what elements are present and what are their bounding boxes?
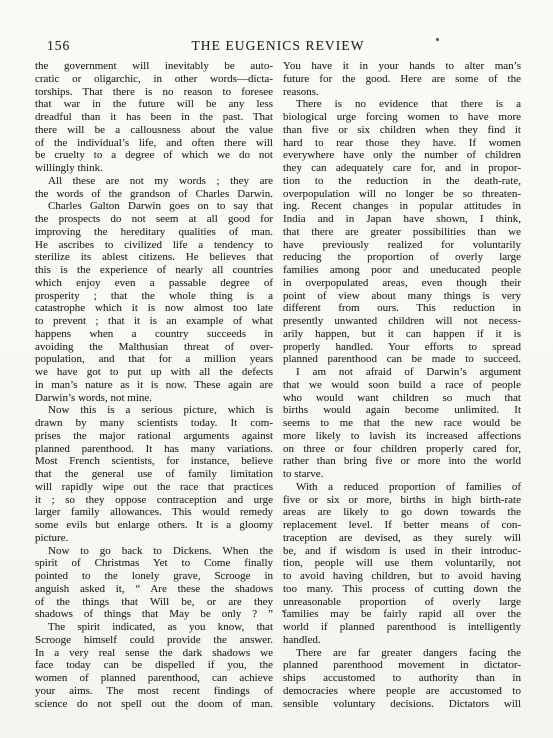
text-line: Now to go back to Dickens. When the — [35, 545, 273, 558]
paragraph: the government will inevitably be auto-c… — [35, 60, 273, 175]
text-line: improving the hereditary qualities of ma… — [35, 226, 273, 239]
text-line: Most French scientists, for instance, be… — [35, 455, 273, 468]
text-line: in overpopulated areas, even though thei… — [283, 277, 521, 290]
text-line: reasons. — [283, 86, 521, 99]
text-line: births would again become unlimited. It — [283, 404, 521, 417]
text-line: who would want children so much that — [283, 392, 521, 405]
text-line: He ascribes to civilized life a tendency… — [35, 239, 273, 252]
text-line: catastrophe which it is now almost too l… — [35, 302, 273, 315]
text-line: that the general use of family limitatio… — [35, 468, 273, 481]
text-line: The spirit indicated, as you know, that — [35, 621, 273, 634]
text-line: handled. — [283, 634, 521, 647]
text-line: spirit of Christmas Yet to Come finally — [35, 557, 273, 570]
paragraph: There are far greater dangers facing the… — [283, 647, 521, 711]
text-line: we have got to put up with all the defec… — [35, 366, 273, 379]
text-line: cratic or oligarchic, in other words—dic… — [35, 73, 273, 86]
text-line: world if planned parenthood is intellige… — [283, 621, 521, 634]
text-line: hard to rear those they have. If women — [283, 137, 521, 150]
text-line: biological urge forcing women to have mo… — [283, 111, 521, 124]
text-line: in man’s nature as it is now. These agai… — [35, 379, 273, 392]
text-line: families may be fairly rapid all over th… — [283, 608, 521, 621]
text-line: planned parenthood movement in dictator- — [283, 659, 521, 672]
paragraph: All these are not my words ; they arethe… — [35, 175, 273, 201]
text-line: presently unwanted children will not nec… — [283, 315, 521, 328]
text-line: dreadful than it has been in the past. T… — [35, 111, 273, 124]
text-line: to avoid having children, but to avoid h… — [283, 570, 521, 583]
text-line: face today can be dispelled if you, the — [35, 659, 273, 672]
text-line: There is no evidence that there is a — [283, 98, 521, 111]
text-line: will rapidly wipe out the race that prac… — [35, 481, 273, 494]
text-line: science do not spell out the doom of man… — [35, 698, 273, 711]
text-line: the prospects do not seem at all good fo… — [35, 213, 273, 226]
text-line: point of view about many things is very — [283, 290, 521, 303]
text-line: ships accustomed to authority than in — [283, 672, 521, 685]
text-line: prises the major rational arguments agai… — [35, 430, 273, 443]
journal-title: THE EUGENICS REVIEW — [35, 38, 521, 54]
text-line: planned parenthood. It has many variatio… — [35, 443, 273, 456]
text-line: pointed to the lonely grave, Scrooge in — [35, 570, 273, 583]
paragraph: With a reduced proportion of families of… — [283, 481, 521, 647]
text-line: they can adequately care for, and in pro… — [283, 162, 521, 175]
text-line: more likely to lavish its increased affe… — [283, 430, 521, 443]
text-line: reducing the proportion of overly large — [283, 251, 521, 264]
text-line: that we would soon build a race of peopl… — [283, 379, 521, 392]
text-line: larger family allowances. This would rem… — [35, 506, 273, 519]
text-line: drawn by many scientists today. It com- — [35, 417, 273, 430]
text-line: women of planned parenthood, can achieve — [35, 672, 273, 685]
text-line: Charles Galton Darwin goes on to say tha… — [35, 200, 273, 213]
text-line: than five or six children when they find… — [283, 124, 521, 137]
text-line: arily happen, but it can happen if it is — [283, 328, 521, 341]
paragraph: The spirit indicated, as you know, thatS… — [35, 621, 273, 710]
text-line: unreasonable proportion of overly large — [283, 596, 521, 609]
text-line: tion, people will use them voluntarily, … — [283, 557, 521, 570]
text-column-left: the government will inevitably be auto-c… — [35, 60, 273, 710]
text-line: the words of the grandson of Charles Dar… — [35, 188, 273, 201]
text-line: five or six or more, births in high birt… — [283, 494, 521, 507]
text-line: it ; so they oppose contraception and ur… — [35, 494, 273, 507]
text-line: democracies where people are accustomed … — [283, 685, 521, 698]
paragraph: Now to go back to Dickens. When thespiri… — [35, 545, 273, 622]
text-line: happens when a country succeeds in — [35, 328, 273, 341]
scan-speck — [424, 512, 426, 514]
text-line: future for the good. Here are some of th… — [283, 73, 521, 86]
page-header: 156 THE EUGENICS REVIEW — [35, 38, 521, 54]
text-line: I am not afraid of Darwin’s argument — [283, 366, 521, 379]
text-line: prosperity ; that the whole thing is a — [35, 290, 273, 303]
text-line: tion to the reduction in the death-rate, — [283, 175, 521, 188]
text-line: be, and if wisdom is used in their intro… — [283, 545, 521, 558]
text-line: In a very real sense the dark shadows we — [35, 647, 273, 660]
text-line: traception are devised, as they surely w… — [283, 532, 521, 545]
text-line: population, and that for a million years — [35, 353, 273, 366]
text-line: There are far greater dangers facing the — [283, 647, 521, 660]
page-body: the government will inevitably be auto-c… — [35, 60, 521, 710]
text-line: With a reduced proportion of families of — [283, 481, 521, 494]
text-line: shadows of things that May be only ? ” — [35, 608, 273, 621]
text-line: All these are not my words ; they are — [35, 175, 273, 188]
text-line: sensible voluntary decisions. Dictators … — [283, 698, 521, 711]
text-line: picture. — [35, 532, 273, 545]
text-line: sterilize its ablest citizens. He believ… — [35, 251, 273, 264]
text-column-right: You have it in your hands to alter man’s… — [283, 60, 521, 710]
text-line: Now this is a serious picture, which is — [35, 404, 273, 417]
scanned-page: 156 THE EUGENICS REVIEW the government w… — [0, 0, 553, 738]
paragraph: Now this is a serious picture, which isd… — [35, 404, 273, 544]
text-line: there will be a callousness about the va… — [35, 124, 273, 137]
text-line: willingly think. — [35, 162, 273, 175]
text-line: India and in Japan have shown, I think, — [283, 213, 521, 226]
text-line: rather than bring five or more into the … — [283, 455, 521, 468]
text-line: on three or four children properly cared… — [283, 443, 521, 456]
text-line: seems to me that the new race would be — [283, 417, 521, 430]
scan-speck — [436, 38, 439, 41]
text-line: families among poor and uneducated peopl… — [283, 264, 521, 277]
paragraph: You have it in your hands to alter man’s… — [283, 60, 521, 98]
text-line: too many. This process of cutting down t… — [283, 583, 521, 596]
scan-speck — [282, 610, 284, 612]
text-line: anguish asked it, “ Are these the shadow… — [35, 583, 273, 596]
text-line: You have it in your hands to alter man’s — [283, 60, 521, 73]
paragraph: There is no evidence that there is abiol… — [283, 98, 521, 366]
text-line: ing. Recent changes in popular attitudes… — [283, 200, 521, 213]
text-line: your aims. The most recent findings of — [35, 685, 273, 698]
text-line: this is the experience of nearly all cou… — [35, 264, 273, 277]
text-line: avoiding the Malthusian threat of over- — [35, 341, 273, 354]
text-line: of the individual’s life, and often ther… — [35, 137, 273, 150]
text-line: replacement level. If better means of co… — [283, 519, 521, 532]
paragraph: I am not afraid of Darwin’s argumentthat… — [283, 366, 521, 481]
text-line: areas are likely to go down towards the — [283, 506, 521, 519]
text-line: the government will inevitably be auto- — [35, 60, 273, 73]
text-line: which enjoy even a passable degree of — [35, 277, 273, 290]
text-line: Scrooge himself could provide the answer… — [35, 634, 273, 647]
text-line: torships. That there is no reason to for… — [35, 86, 273, 99]
text-line: to starve. — [283, 468, 521, 481]
text-line: some evils but enlarge others. It is a g… — [35, 519, 273, 532]
text-line: everywhere have only the number of child… — [283, 149, 521, 162]
text-line: Darwin’s words, not mine. — [35, 392, 273, 405]
text-line: that there are greater possibilities tha… — [283, 226, 521, 239]
text-line: be cruelty to a degree of which we do no… — [35, 149, 273, 162]
paragraph: Charles Galton Darwin goes on to say tha… — [35, 200, 273, 404]
text-line: that war in the future will be any less — [35, 98, 273, 111]
text-line: different from ours. This reduction in — [283, 302, 521, 315]
text-line: to prevent ; that it is an example of wh… — [35, 315, 273, 328]
text-line: of the things that Will be, or are they — [35, 596, 273, 609]
text-line: planned parenthood can be made to succee… — [283, 353, 521, 366]
text-line: have previously realized for voluntarily — [283, 239, 521, 252]
text-line: overpopulation will no longer be so thre… — [283, 188, 521, 201]
text-line: properly handled. Your efforts to spread — [283, 341, 521, 354]
